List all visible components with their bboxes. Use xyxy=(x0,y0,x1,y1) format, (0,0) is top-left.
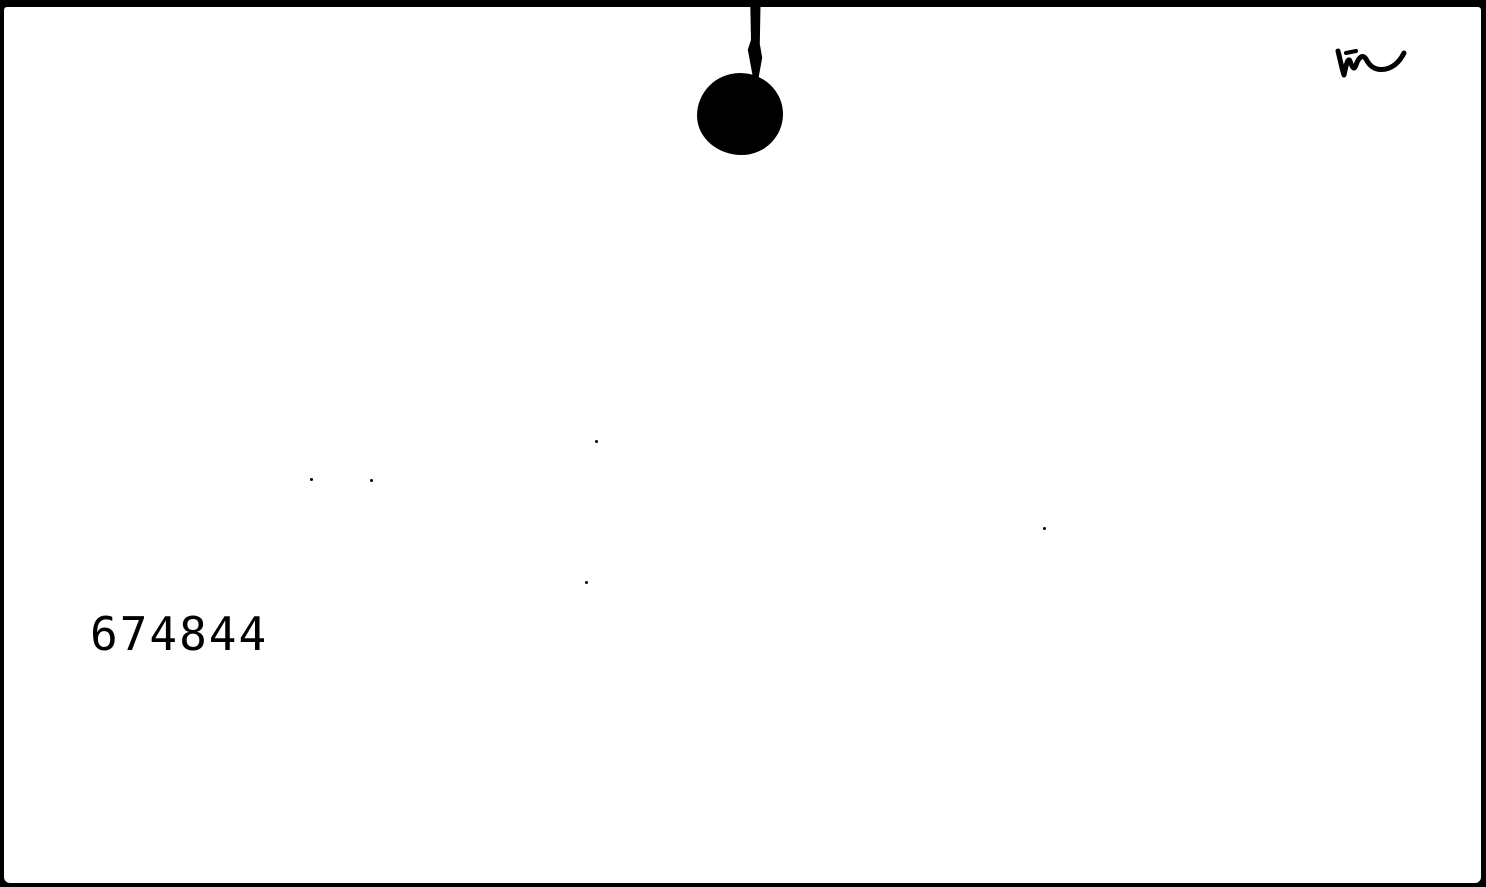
scan-speck xyxy=(585,581,588,584)
punch-hole-tab xyxy=(747,7,763,80)
punch-hole-icon xyxy=(697,73,783,155)
card-number: 674844 xyxy=(90,611,268,657)
scan-speck xyxy=(595,440,598,443)
handwritten-initial-mark xyxy=(1332,35,1412,83)
index-card: 674844 xyxy=(4,7,1481,883)
scan-speck xyxy=(310,478,313,481)
scan-speck xyxy=(370,479,373,482)
scan-speck xyxy=(1043,527,1046,530)
